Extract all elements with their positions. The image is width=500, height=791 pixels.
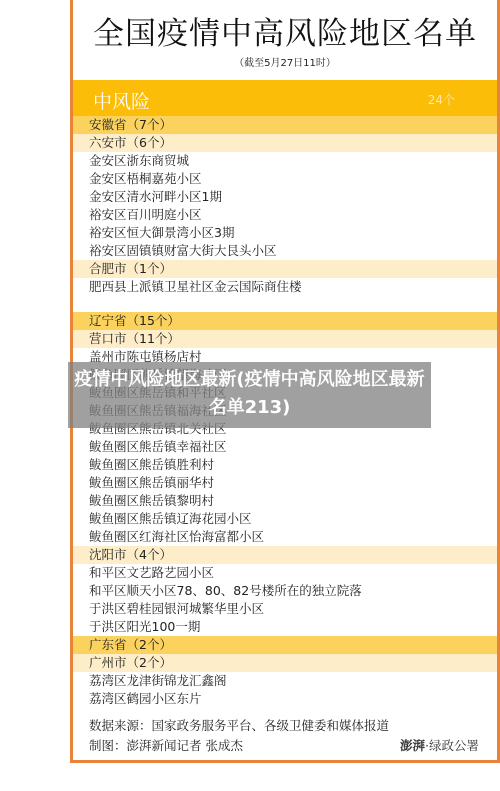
- list-item: 金安区浙东商贸城: [73, 152, 497, 170]
- list-item: 金安区清水河畔小区1期: [73, 188, 497, 206]
- city-header: 沈阳市（4个）: [73, 546, 497, 564]
- list-item: 于洪区阳光100一期: [73, 618, 497, 636]
- list-item: 荔湾区鹤园小区东片: [73, 690, 497, 708]
- list-item: 鲅鱼圈区熊岳镇胜利村: [73, 456, 497, 474]
- logo-brand: 澎湃: [400, 738, 425, 753]
- city-header: 营口市（11个）: [73, 330, 497, 348]
- list-item: 裕安区百川明庭小区: [73, 206, 497, 224]
- list-item: 和平区顺天小区78、80、82号楼所在的独立院落: [73, 582, 497, 600]
- caption-overlay: 疫情中风险地区最新(疫情中高风险地区最新名单213): [68, 362, 431, 428]
- spacer: [73, 296, 497, 312]
- risk-level-label: 中风险: [93, 87, 150, 114]
- page-title: 全国疫情中高风险地区名单: [73, 8, 497, 53]
- list-item: 鲅鱼圈区熊岳镇黎明村: [73, 492, 497, 510]
- city-header: 六安市（6个）: [73, 134, 497, 152]
- list-item: 于洪区碧桂园银河城繁华里小区: [73, 600, 497, 618]
- list-item: 金安区梧桐嘉苑小区: [73, 170, 497, 188]
- list-item: 荔湾区龙津街锦龙汇鑫阁: [73, 672, 497, 690]
- as-of-date: （截至5月27日11时）: [73, 54, 497, 69]
- risk-level-band: 中风险 24个: [73, 80, 497, 116]
- caption-text: 疫情中风险地区最新(疫情中高风险地区最新名单213): [68, 366, 431, 422]
- risk-area-count: 24个: [428, 91, 455, 108]
- province-header: 安徽省（7个）: [73, 116, 497, 134]
- list-item: 和平区文艺路艺园小区: [73, 564, 497, 582]
- list-item: 裕安区恒大御景湾小区3期: [73, 224, 497, 242]
- province-header: 辽宁省（15个）: [73, 312, 497, 330]
- list-item: 鲅鱼圈区熊岳镇辽海花园小区: [73, 510, 497, 528]
- logo-sub: ·绿政公署: [425, 738, 479, 753]
- list-item: 肥西县上派镇卫星社区金云国际商住楼: [73, 278, 497, 296]
- city-header: 广州市（2个）: [73, 654, 497, 672]
- list-item: 鲅鱼圈区红海社区怡海富都小区: [73, 528, 497, 546]
- city-header: 合肥市（1个）: [73, 260, 497, 278]
- list-item: 裕安区固镇镇财富大街大艮头小区: [73, 242, 497, 260]
- data-source: 数据来源：国家政务服务平台、各级卫健委和媒体报道: [89, 716, 489, 736]
- footer: 数据来源：国家政务服务平台、各级卫健委和媒体报道 制图：澎湃新闻记者 张成杰 澎…: [89, 716, 489, 756]
- list-item: 鲅鱼圈区熊岳镇幸福社区: [73, 438, 497, 456]
- list-item: 鲅鱼圈区熊岳镇丽华村: [73, 474, 497, 492]
- publisher-logo: 澎湃·绿政公署: [400, 736, 479, 756]
- province-header: 广东省（2个）: [73, 636, 497, 654]
